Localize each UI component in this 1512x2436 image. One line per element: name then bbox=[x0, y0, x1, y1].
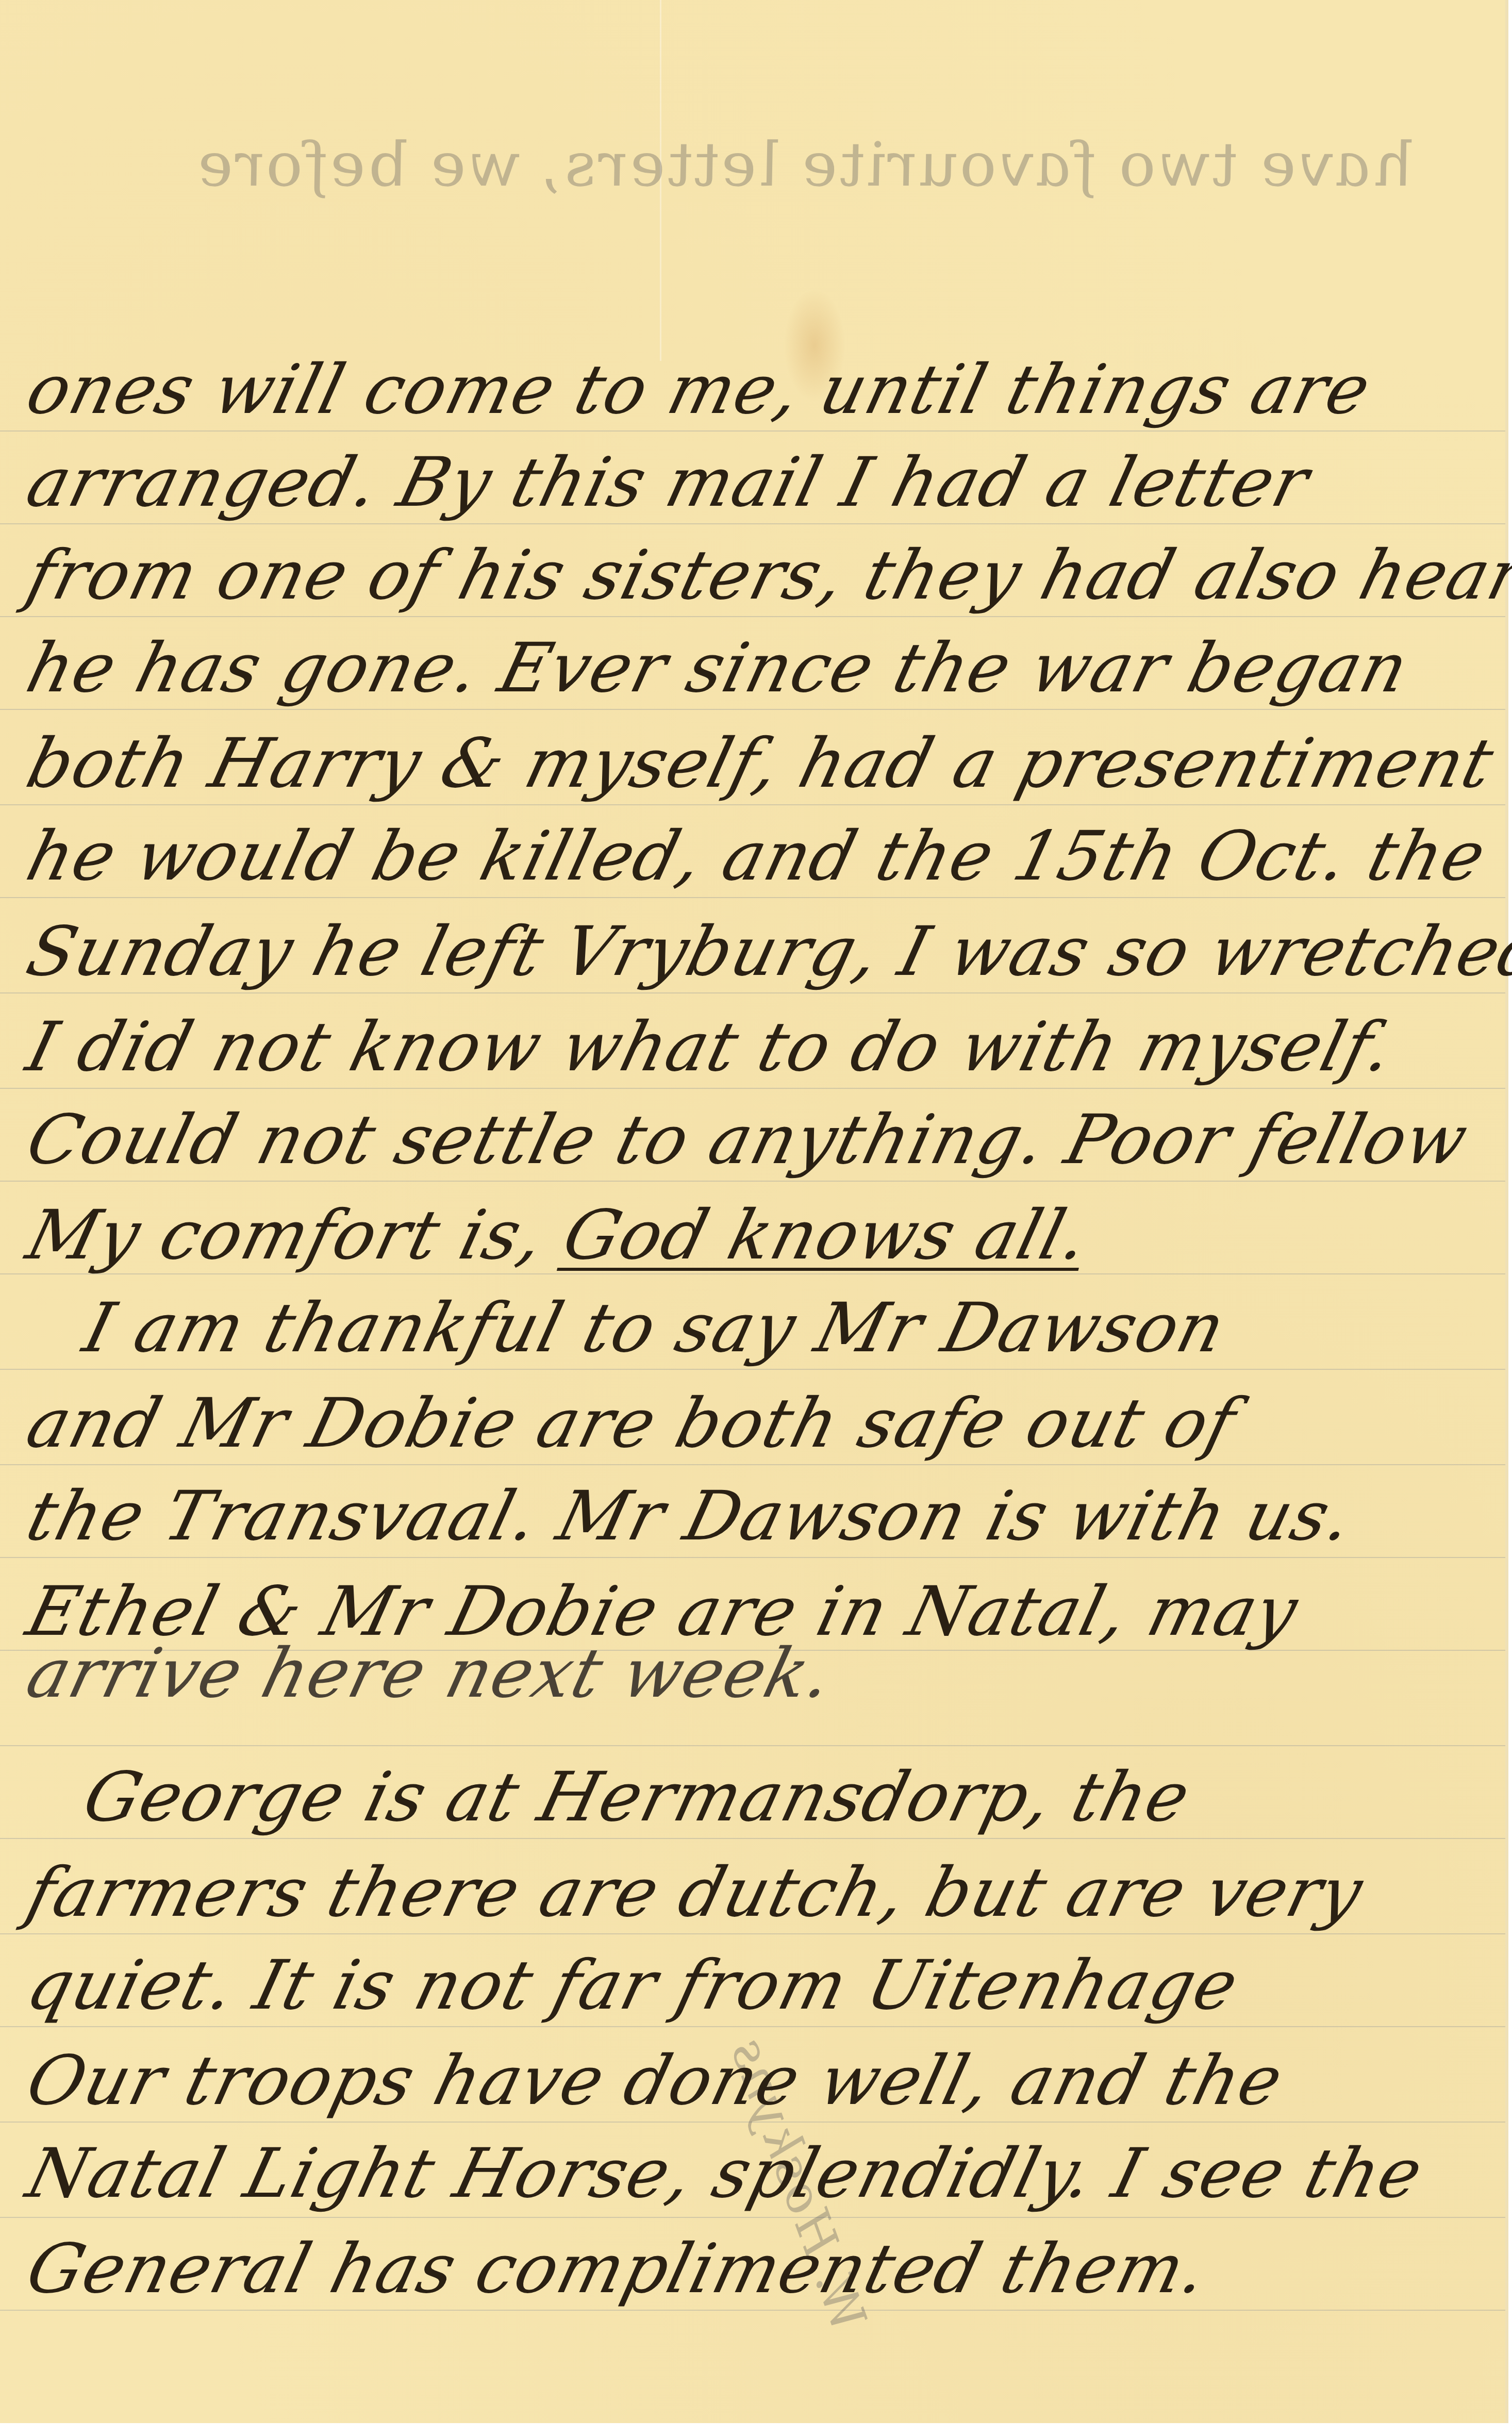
bleed-through-text: have two favourite letters, we before bbox=[188, 129, 1420, 200]
letter-line: he has gone. Ever since the war began bbox=[21, 634, 1415, 702]
letter-line: the Transvaal. Mr Dawson is with us. bbox=[21, 1482, 1360, 1550]
letter-line: and Mr Dobie are both safe out of bbox=[21, 1389, 1242, 1457]
ruled-line bbox=[0, 1838, 1505, 1839]
letter-line: from one of his sisters, they had also h… bbox=[21, 541, 1512, 609]
ruled-line bbox=[0, 1369, 1505, 1370]
ruled-line bbox=[0, 1088, 1505, 1089]
letter-line: Our troops have done well, and the bbox=[21, 2047, 1290, 2115]
letter-line: farmers there are dutch, but are very bbox=[21, 1859, 1370, 1927]
ruled-line bbox=[0, 1557, 1505, 1558]
letter-line: General has complimented them. bbox=[21, 2235, 1215, 2303]
letter-page: have two favourite letters, we before W.… bbox=[0, 0, 1508, 2423]
letter-line: both Harry & myself, had a presentiment bbox=[21, 730, 1501, 798]
ruled-line bbox=[0, 1933, 1505, 1934]
ruled-line bbox=[0, 1181, 1505, 1182]
letter-line: George is at Hermansdorp, the bbox=[77, 1763, 1197, 1831]
letter-line: My comfort is, God knows all. bbox=[21, 1201, 1095, 1269]
ruled-line bbox=[0, 2310, 1505, 2311]
letter-line: he would be killed, and the 15th Oct. th… bbox=[21, 822, 1492, 890]
ruled-line bbox=[0, 897, 1505, 898]
underlined-phrase: God knows all. bbox=[556, 1196, 1097, 1275]
letter-line: Could not settle to anything. Poor fello… bbox=[21, 1106, 1475, 1174]
letter-line-text: My comfort is, bbox=[19, 1196, 575, 1275]
letter-line: ones will come to me, until things are bbox=[21, 356, 1377, 424]
letter-line: quiet. It is not far from Uitenhage bbox=[21, 1951, 1245, 2019]
letter-line: Sunday he left Vryburg, I was so wretche… bbox=[21, 918, 1512, 986]
ruled-line bbox=[0, 616, 1505, 617]
ruled-line bbox=[0, 992, 1505, 993]
letter-line: I am thankful to say Mr Dawson bbox=[77, 1294, 1232, 1362]
ruled-line bbox=[0, 2217, 1505, 2218]
ruled-line bbox=[0, 1745, 1505, 1746]
ruled-line bbox=[0, 1464, 1505, 1465]
letter-line: arrive here next week. bbox=[21, 1639, 840, 1708]
letter-line: arranged. By this mail I had a letter bbox=[21, 449, 1316, 517]
ruled-line bbox=[0, 709, 1505, 710]
letter-line: Natal Light Horse, splendidly. I see the bbox=[21, 2140, 1430, 2208]
ruled-line bbox=[0, 2026, 1505, 2027]
ruled-line bbox=[0, 523, 1505, 524]
ruled-line bbox=[0, 430, 1505, 432]
ruled-line bbox=[0, 804, 1505, 805]
letter-line: I did not know what to do with myself. bbox=[21, 1013, 1400, 1081]
